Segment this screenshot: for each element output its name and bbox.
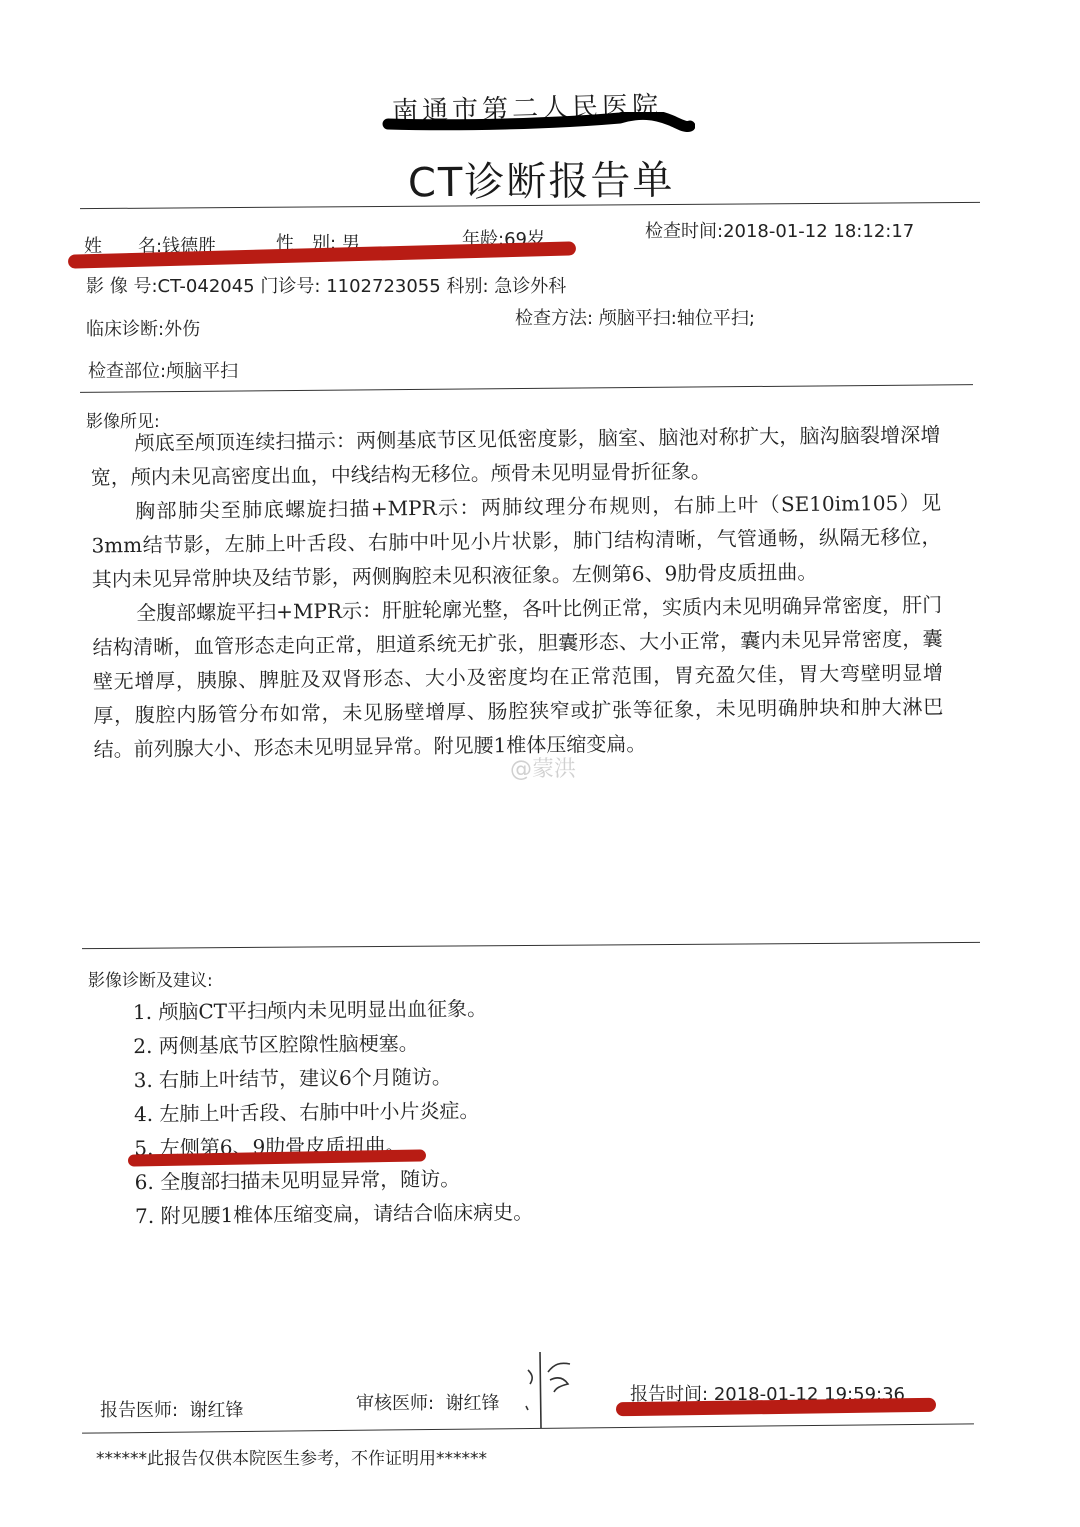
exam-method-value: 颅脑平扫:轴位平扫; [599,308,755,329]
exam-site-label: 检查部位: [88,361,166,382]
diagnosis-item: 7. 附见腰1椎体压缩变扁，请结合临床病史。 [135,1196,534,1234]
findings-paragraph-chest: 胸部肺尖至肺底螺旋扫描+MPR示：两肺纹理分布规则，右肺上叶（SE10im105… [91,486,942,597]
image-number-value: CT-042045 [158,276,255,297]
exam-site-field: 检查部位:颅脑平扫 [88,357,238,383]
outpatient-number-value: 1102723055 [326,276,441,297]
watermark: @蒙洪 [510,752,576,783]
diagnosis-item: 2. 两侧基底节区腔隙性脑梗塞。 [133,1026,532,1064]
exam-time-label: 检查时间: [645,221,723,242]
exam-time-value: 2018-01-12 18:12:17 [723,221,914,242]
diagnosis-label: 影像诊断及建议: [88,966,213,991]
diagnosis-item: 1. 颅脑CT平扫颅内未见明显出血征象。 [133,992,532,1030]
diagnosis-item: 6. 全腹部扫描未见明显异常，随访。 [135,1162,534,1200]
department-value: 急诊外科 [494,276,566,297]
reviewing-doctor-field: 审核医师: 谢红锋 [356,1389,500,1415]
image-number-field: 影 像 号:CT-042045 门诊号: 1102723055 科别: 急诊外科 [86,272,566,298]
reviewing-doctor-label: 审核医师: [356,1393,434,1414]
exam-method-label: 检查方法: [515,308,593,329]
clinical-diagnosis-value: 外伤 [164,319,200,340]
findings-paragraph-abdomen: 全腹部螺旋平扫+MPR示：肝脏轮廓光整，各叶比例正常，实质内未见明确异常密度，肝… [92,588,944,767]
findings-body: 颅底至颅顶连续扫描示：两侧基底节区见低密度影，脑室、脑池对称扩大，脑沟脑裂增深增… [90,418,944,767]
disclaimer: ******此报告仅供本院医生参考，不作证明用****** [96,1444,487,1469]
clinical-diagnosis-field: 临床诊断:外伤 [86,315,200,341]
outpatient-number-label: 门诊号: [260,276,320,297]
redaction-mark [380,112,695,132]
exam-method-field: 检查方法: 颅脑平扫:轴位平扫; [515,304,755,330]
report-title: CT诊断报告单 [408,149,675,209]
diagnosis-item: 4. 左肺上叶舌段、右肺中叶小片炎症。 [134,1094,533,1132]
reporting-doctor-value: 谢红锋 [190,1400,244,1421]
department-label: 科别: [446,276,488,297]
reviewing-doctor-value: 谢红锋 [446,1393,500,1414]
diagnosis-item: 3. 右肺上叶结节，建议6个月随访。 [133,1060,532,1098]
clinical-diagnosis-label: 临床诊断: [86,319,164,340]
reporting-doctor-label: 报告医师: [100,1400,178,1421]
findings-divider [82,942,980,949]
handwritten-signature [520,1350,590,1430]
findings-paragraph-head: 颅底至颅顶连续扫描示：两侧基底节区见低密度影，脑室、脑池对称扩大，脑沟脑裂增深增… [90,418,941,495]
exam-time-field: 检查时间:2018-01-12 18:12:17 [645,217,914,243]
image-number-label: 影 像 号: [86,276,158,297]
diagnosis-list: 1. 颅脑CT平扫颅内未见明显出血征象。 2. 两侧基底节区腔隙性脑梗塞。 3.… [133,992,534,1234]
info-divider [80,384,973,393]
reporting-doctor-field: 报告医师: 谢红锋 [100,1396,244,1422]
exam-site-value: 颅脑平扫 [166,361,238,382]
